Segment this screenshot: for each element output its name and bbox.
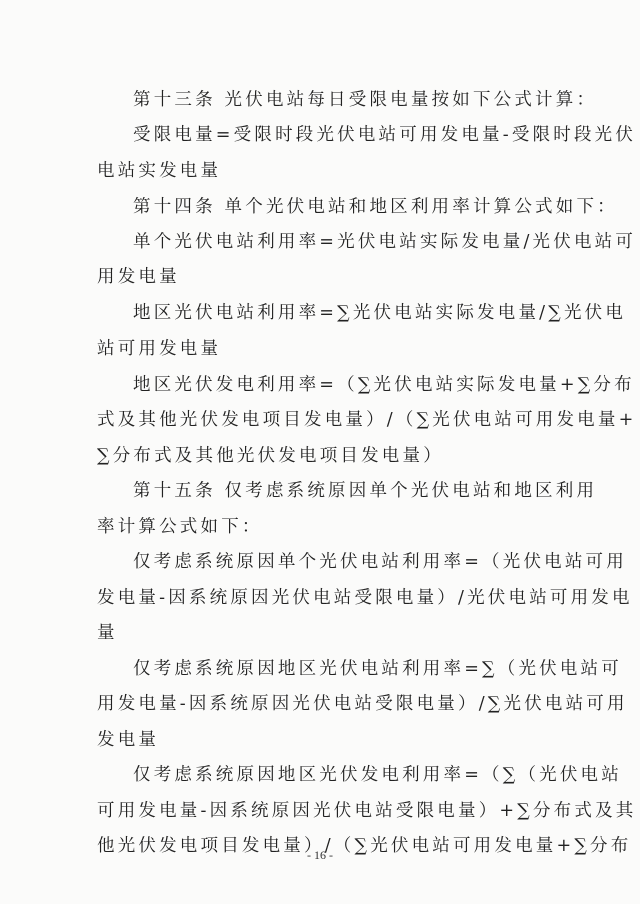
formula-regional-generation-utilization: 地区光伏发电利用率=（∑光伏电站实际发电量+∑分布 <box>133 374 549 396</box>
article-14-heading: 第十四条 单个光伏电站和地区利用率计算公式如下： <box>133 196 549 218</box>
formula-single-station-utilization-cont: 用发电量 <box>97 266 549 288</box>
page-number: - 16 - <box>0 848 640 863</box>
formula-single-station-utilization: 单个光伏电站利用率=光伏电站实际发电量/光伏电站可 <box>133 231 549 253</box>
formula-regional-station-utilization-cont: 站可用发电量 <box>97 338 549 360</box>
formula-restricted-energy: 受限电量=受限时段光伏电站可用发电量-受限时段光伏 <box>133 124 549 146</box>
formula-system-regional-generation: 仅考虑系统原因地区光伏发电利用率=（∑（光伏电站 <box>133 764 549 786</box>
article-15-heading-cont: 率计算公式如下： <box>97 516 549 538</box>
formula-regional-generation-utilization-cont-2: ∑分布式及其他光伏发电项目发电量） <box>97 445 549 467</box>
article-13-heading: 第十三条 光伏电站每日受限电量按如下公式计算： <box>133 89 549 111</box>
formula-system-single-station: 仅考虑系统原因单个光伏电站利用率=（光伏电站可用 <box>133 551 549 573</box>
formula-system-single-station-cont-1: 发电量-因系统原因光伏电站受限电量）/光伏电站可用发电 <box>97 587 549 609</box>
formula-system-single-station-cont-2: 量 <box>97 622 549 644</box>
formula-system-regional-generation-cont-1: 可用发电量-因系统原因光伏电站受限电量）+∑分布式及其 <box>97 800 549 822</box>
document-page: 第十三条 光伏电站每日受限电量按如下公式计算： 受限电量=受限时段光伏电站可用发… <box>0 0 640 904</box>
formula-regional-generation-utilization-cont-1: 式及其他光伏发电项目发电量）/（∑光伏电站可用发电量+ <box>97 409 549 431</box>
formula-restricted-energy-cont: 电站实发电量 <box>97 160 549 182</box>
formula-system-regional-station-cont-2: 发电量 <box>97 729 549 751</box>
article-15-heading: 第十五条 仅考虑系统原因单个光伏电站和地区利用 <box>133 480 549 502</box>
formula-regional-station-utilization: 地区光伏电站利用率=∑光伏电站实际发电量/∑光伏电 <box>133 302 549 324</box>
formula-system-regional-station: 仅考虑系统原因地区光伏电站利用率=∑（光伏电站可 <box>133 658 549 680</box>
formula-system-regional-station-cont-1: 用发电量-因系统原因光伏电站受限电量）/∑光伏电站可用 <box>97 693 549 715</box>
